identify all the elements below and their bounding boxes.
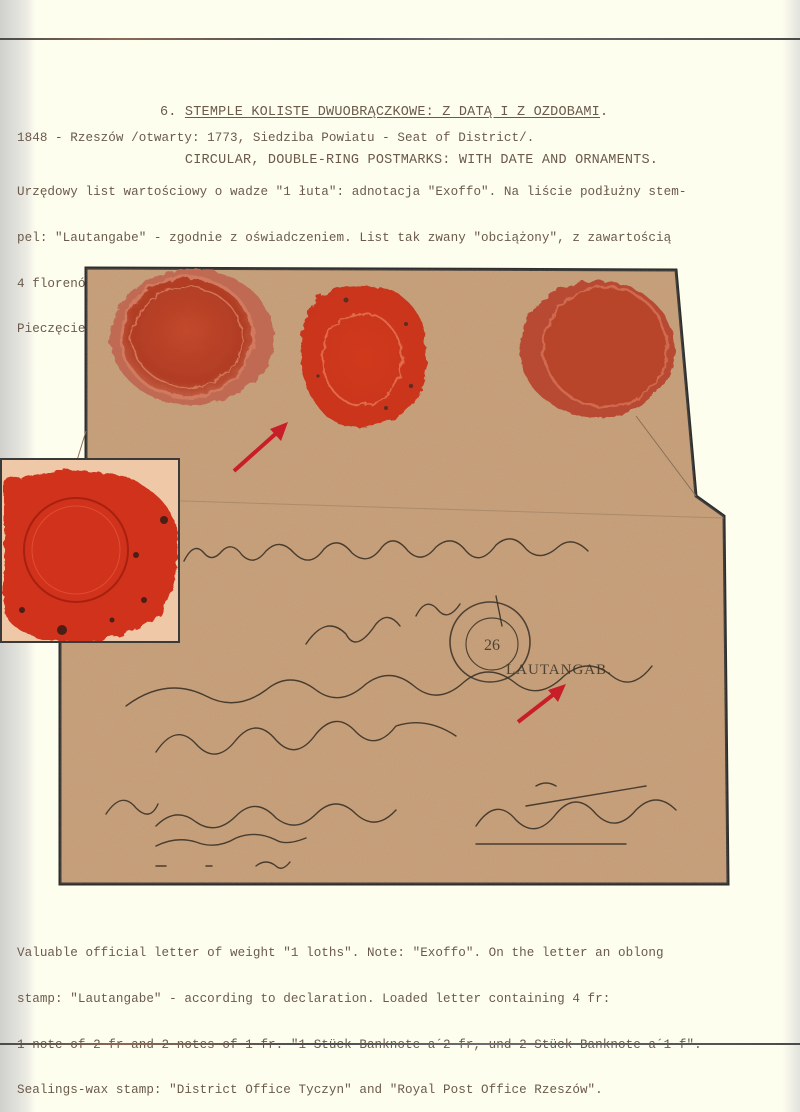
section-number: 6.: [160, 105, 177, 120]
description-english: Valuable official letter of weight "1 lo…: [17, 916, 702, 1112]
page-scan-edge-right: [782, 0, 800, 1112]
lautangabe-stamp: LAUTANGAB.: [506, 662, 612, 678]
bottom-rule: [0, 1043, 800, 1045]
wax-seal-right: [518, 280, 674, 416]
lead-line: 1848 - Rzeszów /otwarty: 1773, Siedziba …: [17, 131, 534, 146]
description-english-line: Valuable official letter of weight "1 lo…: [17, 946, 702, 961]
description-english-line: 1 note of 2 fr and 2 notes of 1 fr. "1 S…: [17, 1038, 702, 1053]
wax-seal-detail-inset: [0, 458, 180, 643]
wax-seal-center: [300, 285, 427, 426]
svg-text:26: 26: [484, 637, 500, 654]
title-polish: STEMPLE KOLISTE DWUOBRĄCZKOWE: Z DATĄ I …: [185, 105, 600, 120]
title-polish-line: 6. STEMPLE KOLISTE DWUOBRĄCZKOWE: Z DATĄ…: [160, 105, 658, 121]
top-rule: [0, 38, 800, 40]
description-polish-line: pel: "Lautangabe" - zgodnie z oświadczen…: [17, 231, 686, 246]
title-polish-period: .: [600, 105, 608, 120]
description-english-line: Sealings-wax stamp: "District Office Tyc…: [17, 1083, 702, 1098]
wax-seal-left: [109, 268, 273, 404]
description-english-line: stamp: "Lautangabe" - according to decla…: [17, 992, 702, 1007]
description-polish-line: Urzędowy list wartościowy o wadze "1 łut…: [17, 185, 686, 200]
